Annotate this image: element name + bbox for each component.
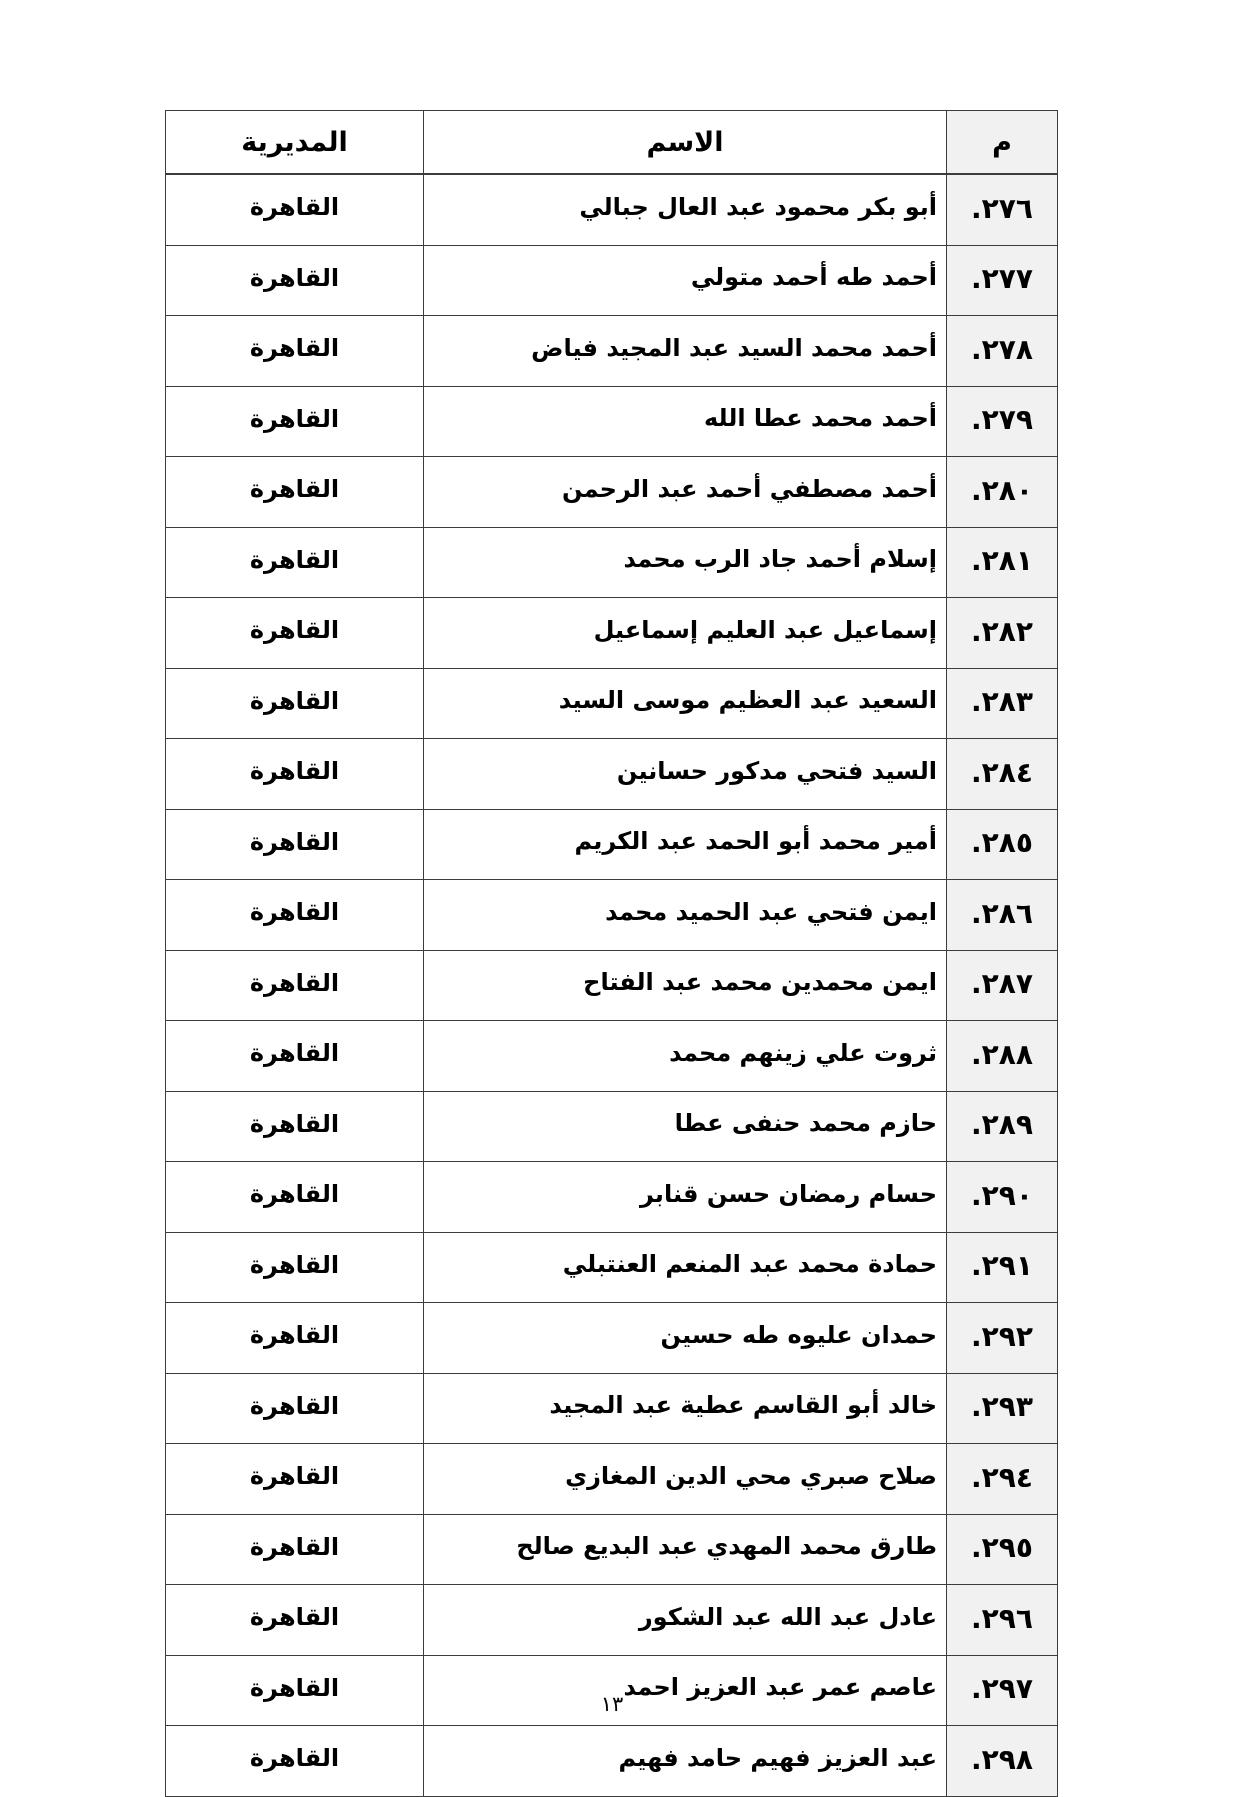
row-directorate-cell: القاهرة [166, 1232, 424, 1303]
row-number-cell: ٢٨٦. [947, 880, 1058, 951]
table-row: ٢٩٤. صلاح صبري محي الدين المغازي القاهرة [166, 1444, 1058, 1515]
row-number-cell: ٢٩٣. [947, 1373, 1058, 1444]
row-number-cell: ٢٧٩. [947, 386, 1058, 457]
row-name-cell: عبد العزيز فهيم حامد فهيم [424, 1726, 947, 1797]
row-directorate-cell: القاهرة [166, 1514, 424, 1585]
row-number-cell: ٢٨٥. [947, 809, 1058, 880]
table-row: ٢٨٥. أمير محمد أبو الحمد عبد الكريم القا… [166, 809, 1058, 880]
row-name-cell: حمادة محمد عبد المنعم العنتبلي [424, 1232, 947, 1303]
table-row: ٢٧٧. أحمد طه أحمد متولي القاهرة [166, 245, 1058, 316]
table-row: ٢٩١. حمادة محمد عبد المنعم العنتبلي القا… [166, 1232, 1058, 1303]
row-directorate-cell: القاهرة [166, 1373, 424, 1444]
row-number-cell: ٢٨٤. [947, 739, 1058, 810]
table-row: ٢٨١. إسلام أحمد جاد الرب محمد القاهرة [166, 527, 1058, 598]
row-number-cell: ٢٨٢. [947, 598, 1058, 669]
row-directorate-cell: القاهرة [166, 739, 424, 810]
row-number-cell: ٢٨٠. [947, 457, 1058, 528]
row-name-cell: طارق محمد المهدي عبد البديع صالح [424, 1514, 947, 1585]
row-directorate-cell: القاهرة [166, 1585, 424, 1656]
row-name-cell: ايمن فتحي عبد الحميد محمد [424, 880, 947, 951]
row-number-cell: ٢٨٧. [947, 950, 1058, 1021]
row-directorate-cell: القاهرة [166, 245, 424, 316]
row-number-cell: ٢٩٠. [947, 1162, 1058, 1233]
row-name-cell: حازم محمد حنفى عطا [424, 1091, 947, 1162]
row-directorate-cell: القاهرة [166, 316, 424, 387]
table-row: ٢٨٧. ايمن محمدين محمد عبد الفتاح القاهرة [166, 950, 1058, 1021]
row-name-cell: ايمن محمدين محمد عبد الفتاح [424, 950, 947, 1021]
table-header-row: م الاسم المديرية [166, 111, 1058, 175]
row-number-cell: ٢٩٥. [947, 1514, 1058, 1585]
table-row: ٢٩٣. خالد أبو القاسم عطية عبد المجيد الق… [166, 1373, 1058, 1444]
row-directorate-cell: القاهرة [166, 1303, 424, 1374]
table-header: م الاسم المديرية [166, 111, 1058, 175]
header-cell-name: الاسم [424, 111, 947, 175]
row-name-cell: أحمد مصطفي أحمد عبد الرحمن [424, 457, 947, 528]
table-row: ٢٨٢. إسماعيل عبد العليم إسماعيل القاهرة [166, 598, 1058, 669]
table-row: ٢٨٤. السيد فتحي مدكور حسانين القاهرة [166, 739, 1058, 810]
row-name-cell: أحمد محمد السيد عبد المجيد فياض [424, 316, 947, 387]
table-row: ٢٨٦. ايمن فتحي عبد الحميد محمد القاهرة [166, 880, 1058, 951]
row-directorate-cell: القاهرة [166, 174, 424, 245]
row-name-cell: خالد أبو القاسم عطية عبد المجيد [424, 1373, 947, 1444]
table-row: ٢٨٨. ثروت علي زينهم محمد القاهرة [166, 1021, 1058, 1092]
table-row: ٢٩٢. حمدان عليوه طه حسين القاهرة [166, 1303, 1058, 1374]
table-body: ٢٧٦. أبو بكر محمود عبد العال جبالي القاه… [166, 174, 1058, 1796]
row-directorate-cell: القاهرة [166, 457, 424, 528]
row-directorate-cell: القاهرة [166, 668, 424, 739]
table-row: ٢٧٦. أبو بكر محمود عبد العال جبالي القاه… [166, 174, 1058, 245]
header-cell-directorate: المديرية [166, 111, 424, 175]
table-row: ٢٨٣. السعيد عبد العظيم موسى السيد القاهر… [166, 668, 1058, 739]
row-directorate-cell: القاهرة [166, 880, 424, 951]
table-row: ٢٨٠. أحمد مصطفي أحمد عبد الرحمن القاهرة [166, 457, 1058, 528]
row-directorate-cell: القاهرة [166, 809, 424, 880]
row-name-cell: حمدان عليوه طه حسين [424, 1303, 947, 1374]
table-row: ٢٧٩. أحمد محمد عطا الله القاهرة [166, 386, 1058, 457]
row-number-cell: ٢٨١. [947, 527, 1058, 598]
row-name-cell: حسام رمضان حسن قنابر [424, 1162, 947, 1233]
row-name-cell: السعيد عبد العظيم موسى السيد [424, 668, 947, 739]
row-name-cell: عادل عبد الله عبد الشكور [424, 1585, 947, 1656]
row-number-cell: ٢٨٨. [947, 1021, 1058, 1092]
row-number-cell: ٢٨٣. [947, 668, 1058, 739]
row-directorate-cell: القاهرة [166, 1444, 424, 1515]
table-row: ٢٩٥. طارق محمد المهدي عبد البديع صالح ال… [166, 1514, 1058, 1585]
header-cell-number: م [947, 111, 1058, 175]
row-number-cell: ٢٩٢. [947, 1303, 1058, 1374]
row-name-cell: صلاح صبري محي الدين المغازي [424, 1444, 947, 1515]
document-page: م الاسم المديرية ٢٧٦. أبو بكر محمود عبد … [0, 0, 1241, 1755]
roster-table: م الاسم المديرية ٢٧٦. أبو بكر محمود عبد … [165, 110, 1058, 1797]
row-number-cell: ٢٩٤. [947, 1444, 1058, 1515]
row-directorate-cell: القاهرة [166, 1021, 424, 1092]
row-directorate-cell: القاهرة [166, 1162, 424, 1233]
table-row: ٢٨٩. حازم محمد حنفى عطا القاهرة [166, 1091, 1058, 1162]
table-row: ٢٩٠. حسام رمضان حسن قنابر القاهرة [166, 1162, 1058, 1233]
row-number-cell: ٢٧٧. [947, 245, 1058, 316]
row-name-cell: إسلام أحمد جاد الرب محمد [424, 527, 947, 598]
row-name-cell: السيد فتحي مدكور حسانين [424, 739, 947, 810]
row-number-cell: ٢٧٦. [947, 174, 1058, 245]
row-directorate-cell: القاهرة [166, 598, 424, 669]
row-directorate-cell: القاهرة [166, 527, 424, 598]
row-directorate-cell: القاهرة [166, 1091, 424, 1162]
row-name-cell: ثروت علي زينهم محمد [424, 1021, 947, 1092]
table-row: ٢٩٨. عبد العزيز فهيم حامد فهيم القاهرة [166, 1726, 1058, 1797]
row-number-cell: ٢٩٦. [947, 1585, 1058, 1656]
row-directorate-cell: القاهرة [166, 386, 424, 457]
table-row: ٢٧٨. أحمد محمد السيد عبد المجيد فياض الق… [166, 316, 1058, 387]
row-name-cell: أمير محمد أبو الحمد عبد الكريم [424, 809, 947, 880]
row-number-cell: ٢٩٨. [947, 1726, 1058, 1797]
row-directorate-cell: القاهرة [166, 1726, 424, 1797]
page-number: ١٣ [166, 1692, 1058, 1716]
row-number-cell: ٢٩١. [947, 1232, 1058, 1303]
row-name-cell: أحمد محمد عطا الله [424, 386, 947, 457]
row-number-cell: ٢٨٩. [947, 1091, 1058, 1162]
row-name-cell: أحمد طه أحمد متولي [424, 245, 947, 316]
row-directorate-cell: القاهرة [166, 950, 424, 1021]
table-row: ٢٩٦. عادل عبد الله عبد الشكور القاهرة [166, 1585, 1058, 1656]
row-name-cell: أبو بكر محمود عبد العال جبالي [424, 174, 947, 245]
row-number-cell: ٢٧٨. [947, 316, 1058, 387]
row-name-cell: إسماعيل عبد العليم إسماعيل [424, 598, 947, 669]
